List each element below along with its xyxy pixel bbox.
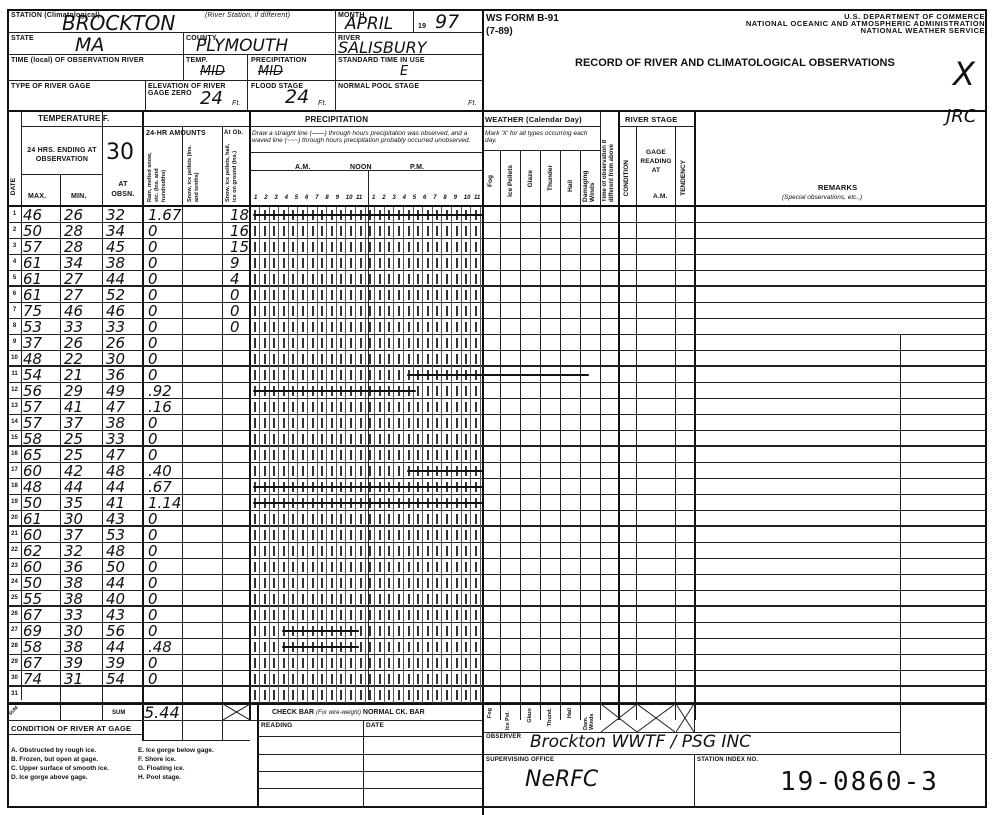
river-value[interactable]: SALISBURY — [338, 38, 426, 57]
min-temp-cell[interactable]: 26 — [64, 207, 83, 223]
precip-value[interactable]: MID — [258, 64, 283, 79]
hour-tick — [302, 306, 304, 316]
table-row: 216037530 — [8, 527, 986, 543]
obs-temp-cell[interactable]: 38 — [106, 255, 125, 271]
max-temp-cell[interactable]: 67 — [23, 655, 42, 671]
hour-tick — [273, 514, 275, 524]
hour-tick — [417, 418, 419, 428]
precip-hour-grid[interactable] — [251, 527, 483, 543]
form-id: WS FORM B-91 — [486, 13, 559, 24]
max-temp-cell[interactable]: 50 — [23, 575, 42, 591]
hour-tick — [302, 354, 304, 364]
rain-cell[interactable]: 0 — [148, 591, 158, 607]
obs-temp-cell[interactable]: 48 — [106, 543, 125, 559]
hour-tick — [321, 306, 323, 316]
hour-tick — [292, 674, 294, 684]
hour-tick — [408, 546, 410, 556]
date-number: 5 — [8, 275, 21, 281]
hour-tick — [350, 610, 352, 620]
rain-cell[interactable]: 0 — [148, 575, 158, 591]
min-temp-cell[interactable]: 37 — [64, 415, 83, 431]
hour-tick — [465, 418, 467, 428]
at-obsn-header: AT OBSN. — [106, 180, 140, 200]
obs-temp-cell[interactable]: 50 — [106, 559, 125, 575]
precip-hour-grid[interactable] — [251, 207, 483, 223]
hour-tick — [417, 562, 419, 572]
snow-ground-cell[interactable]: 9 — [230, 255, 240, 271]
max-temp-cell[interactable]: 60 — [23, 559, 42, 575]
obs-hour-value[interactable]: 30 — [106, 140, 134, 165]
rain-cell[interactable]: 0 — [148, 559, 158, 575]
hour-tick — [379, 514, 381, 524]
rain-cell[interactable]: 0 — [148, 655, 158, 671]
hour-tick — [436, 626, 438, 636]
obs-temp-cell[interactable]: 44 — [106, 575, 125, 591]
hour-tick — [312, 402, 314, 412]
x-box-icon — [637, 704, 675, 732]
max-temp-cell[interactable]: 56 — [23, 383, 42, 399]
precip-hour-grid[interactable] — [251, 543, 483, 559]
rain-cell[interactable]: 0 — [148, 543, 158, 559]
hour-tick — [446, 594, 448, 604]
hour-tick — [302, 434, 304, 444]
hour-tick — [350, 674, 352, 684]
hour-tick — [331, 514, 333, 524]
obs-temp-cell[interactable]: 38 — [106, 415, 125, 431]
hour-label: 6 — [305, 195, 308, 201]
hour-tick — [427, 450, 429, 460]
precip-hour-grid[interactable] — [251, 255, 483, 271]
hour-tick — [446, 690, 448, 700]
hour-tick — [398, 546, 400, 556]
max-temp-cell[interactable]: 50 — [23, 495, 42, 511]
obs-temp-cell[interactable]: 52 — [106, 287, 125, 303]
min-temp-cell[interactable]: 28 — [64, 223, 83, 239]
min-temp-cell[interactable]: 28 — [64, 239, 83, 255]
state-value[interactable]: MA — [75, 34, 104, 56]
min-temp-cell[interactable]: 33 — [64, 607, 83, 623]
precip-hour-grid[interactable] — [251, 511, 483, 527]
hour-tick — [417, 610, 419, 620]
min-temp-cell[interactable]: 31 — [64, 671, 83, 687]
snow-ground-cell[interactable]: 18 — [230, 207, 249, 223]
precip-hour-grid[interactable] — [251, 303, 483, 319]
rain-cell[interactable]: 0 — [148, 623, 158, 639]
hour-tick — [456, 418, 458, 428]
rain-cell[interactable]: 0 — [148, 671, 158, 687]
obs-temp-cell[interactable]: 46 — [106, 303, 125, 319]
weather-header: WEATHER (Calendar Day) — [485, 115, 582, 124]
hour-tick — [398, 242, 400, 252]
obs-temp-cell[interactable]: 33 — [106, 431, 125, 447]
rain-cell[interactable]: 0 — [148, 239, 158, 255]
max-temp-cell[interactable]: 55 — [23, 591, 42, 607]
max-temp-cell[interactable]: 61 — [23, 255, 42, 271]
hour-tick — [436, 562, 438, 572]
max-temp-cell[interactable]: 74 — [23, 671, 42, 687]
obs-temp-cell[interactable]: 30 — [106, 351, 125, 367]
min-temp-cell[interactable]: 38 — [64, 591, 83, 607]
county-value[interactable]: PLYMOUTH — [196, 36, 288, 56]
hour-tick — [273, 418, 275, 428]
hour-tick — [417, 354, 419, 364]
min-temp-cell[interactable]: 44 — [64, 479, 83, 495]
supervising-value[interactable]: NeRFC — [525, 767, 598, 792]
obs-temp-cell[interactable]: 47 — [106, 399, 125, 415]
rain-cell[interactable]: 0 — [148, 511, 158, 527]
hour-tick — [292, 578, 294, 588]
rain-cell[interactable]: .40 — [148, 463, 172, 479]
max-temp-cell[interactable]: 57 — [23, 399, 42, 415]
hour-label: 2 — [264, 195, 267, 201]
hour-tick — [273, 674, 275, 684]
max-temp-cell[interactable]: 75 — [23, 303, 42, 319]
hour-tick — [340, 434, 342, 444]
hour-tick — [321, 594, 323, 604]
min-temp-cell[interactable]: 27 — [64, 271, 83, 287]
hour-tick — [436, 322, 438, 332]
max-temp-cell[interactable]: 48 — [23, 479, 42, 495]
hour-tick — [369, 658, 371, 668]
min-temp-cell[interactable]: 35 — [64, 495, 83, 511]
precip-hour-grid[interactable] — [251, 319, 483, 335]
max-temp-cell[interactable]: 61 — [23, 511, 42, 527]
hour-tick — [254, 562, 256, 572]
hour-tick — [379, 578, 381, 588]
hour-tick — [283, 226, 285, 236]
rain-cell[interactable]: 0 — [148, 351, 158, 367]
max-temp-cell[interactable]: 58 — [23, 639, 42, 655]
hour-tick — [321, 466, 323, 476]
hour-tick — [417, 306, 419, 316]
hour-tick — [312, 226, 314, 236]
min-temp-cell[interactable]: 37 — [64, 527, 83, 543]
hour-tick — [475, 322, 477, 332]
rain-cell[interactable]: 0 — [148, 271, 158, 287]
max-temp-cell[interactable]: 69 — [23, 623, 42, 639]
precip-hour-grid[interactable] — [251, 655, 483, 671]
max-temp-cell[interactable]: 67 — [23, 607, 42, 623]
obs-temp-cell[interactable]: 54 — [106, 671, 125, 687]
hour-tick — [360, 514, 362, 524]
obs-temp-cell[interactable]: 39 — [106, 655, 125, 671]
min-temp-cell[interactable]: 38 — [64, 639, 83, 655]
obs-temp-cell[interactable]: 44 — [106, 639, 125, 655]
hour-tick — [427, 434, 429, 444]
obs-temp-cell[interactable]: 43 — [106, 511, 125, 527]
hour-label: 3 — [274, 195, 277, 201]
min-temp-cell[interactable]: 32 — [64, 543, 83, 559]
max-temp-cell[interactable]: 60 — [23, 463, 42, 479]
precip-hour-grid[interactable] — [251, 607, 483, 623]
rain-cell[interactable]: 0 — [148, 303, 158, 319]
hour-tick — [273, 274, 275, 284]
hour-tick — [388, 450, 390, 460]
min-temp-cell[interactable]: 22 — [64, 351, 83, 367]
hour-tick — [465, 546, 467, 556]
hour-tick — [369, 626, 371, 636]
min-temp-cell[interactable]: 39 — [64, 655, 83, 671]
min-temp-cell[interactable]: 38 — [64, 575, 83, 591]
precip-hour-grid[interactable] — [251, 575, 483, 591]
station-index-value[interactable]: 19-0860-3 — [780, 767, 939, 797]
year-value[interactable]: 97 — [435, 11, 459, 33]
obs-temp-cell[interactable]: 33 — [106, 319, 125, 335]
table-row: 12562949.92 — [8, 383, 986, 399]
hour-tick — [408, 418, 410, 428]
min-temp-cell[interactable]: 26 — [64, 335, 83, 351]
table-row: 255538400 — [8, 591, 986, 607]
station-value[interactable]: BROCKTON — [62, 11, 175, 35]
min-temp-cell[interactable]: 46 — [64, 303, 83, 319]
hour-tick — [312, 354, 314, 364]
obs-temp-cell[interactable]: 49 — [106, 383, 125, 399]
max-temp-cell[interactable]: 53 — [23, 319, 42, 335]
abbr-hail: Hail — [567, 708, 573, 718]
hour-tick — [292, 402, 294, 412]
hour-tick — [475, 690, 477, 700]
rain-cell[interactable]: .16 — [148, 399, 172, 415]
max-temp-cell[interactable]: 62 — [23, 543, 42, 559]
hour-tick — [292, 258, 294, 268]
rain-cell[interactable]: .48 — [148, 639, 172, 655]
hour-tick — [292, 594, 294, 604]
hour-tick — [254, 290, 256, 300]
obs-temp-cell[interactable]: 36 — [106, 367, 125, 383]
rain-cell[interactable]: 0 — [148, 447, 158, 463]
min-temp-cell[interactable]: 30 — [64, 511, 83, 527]
check-mark: X — [953, 55, 975, 93]
snow-ground-cell[interactable]: 0 — [230, 303, 240, 319]
obs-temp-cell[interactable]: 45 — [106, 239, 125, 255]
hour-tick — [312, 658, 314, 668]
max-temp-cell[interactable]: 58 — [23, 431, 42, 447]
max-temp-cell[interactable]: 65 — [23, 447, 42, 463]
hour-tick — [446, 402, 448, 412]
min-temp-cell[interactable]: 27 — [64, 287, 83, 303]
obs-temp-cell[interactable]: 47 — [106, 447, 125, 463]
max-temp-cell[interactable]: 37 — [23, 335, 42, 351]
hour-tick — [417, 322, 419, 332]
precip-hour-grid[interactable] — [251, 479, 483, 495]
rain-cell[interactable]: 0 — [148, 607, 158, 623]
precip-hour-grid[interactable] — [251, 495, 483, 511]
hour-tick — [475, 642, 477, 652]
hour-tick — [475, 290, 477, 300]
precip-hour-grid[interactable] — [251, 351, 483, 367]
temp-value[interactable]: MID — [200, 64, 225, 79]
precip-hour-grid[interactable] — [251, 367, 483, 383]
hour-tick — [273, 562, 275, 572]
flood-stage-value[interactable]: 24 — [285, 86, 309, 108]
month-value[interactable]: APRIL — [345, 14, 393, 34]
rain-cell[interactable]: 0 — [148, 287, 158, 303]
table-row: 2502834016 — [8, 223, 986, 239]
hour-tick — [388, 642, 390, 652]
max-temp-cell[interactable]: 50 — [23, 223, 42, 239]
obs-temp-cell[interactable]: 44 — [106, 271, 125, 287]
hour-tick — [465, 610, 467, 620]
rain-cell[interactable]: 0 — [148, 255, 158, 271]
hour-tick — [340, 402, 342, 412]
precip-hour-grid[interactable] — [251, 383, 483, 399]
hour-tick — [475, 274, 477, 284]
hour-tick — [331, 434, 333, 444]
rain-cell[interactable]: 0 — [148, 223, 158, 239]
min-temp-cell[interactable]: 34 — [64, 255, 83, 271]
obs-temp-cell[interactable]: 43 — [106, 607, 125, 623]
hour-tick — [398, 226, 400, 236]
min-temp-cell[interactable]: 25 — [64, 447, 83, 463]
obs-temp-cell[interactable]: 44 — [106, 479, 125, 495]
date-number: 8 — [8, 323, 21, 329]
min-temp-cell[interactable]: 21 — [64, 367, 83, 383]
table-row: 226232480 — [8, 543, 986, 559]
precip-hour-grid[interactable] — [251, 447, 483, 463]
precip-hour-grid[interactable] — [251, 239, 483, 255]
rain-cell[interactable]: 1.14 — [148, 495, 181, 511]
snow-ground-cell[interactable]: 0 — [230, 319, 240, 335]
obs-temp-cell[interactable]: 32 — [106, 207, 125, 223]
obs-temp-cell[interactable]: 40 — [106, 591, 125, 607]
hour-tick — [350, 690, 352, 700]
rain-cell[interactable]: 0 — [148, 319, 158, 335]
table-row: 661275200 — [8, 287, 986, 303]
rain-cell[interactable]: 0 — [148, 431, 158, 447]
obs-temp-cell[interactable]: 26 — [106, 335, 125, 351]
hour-tick — [292, 306, 294, 316]
obs-temp-cell[interactable]: 41 — [106, 495, 125, 511]
hour-tick — [312, 690, 314, 700]
hour-tick — [456, 578, 458, 588]
precip-hour-grid[interactable] — [251, 271, 483, 287]
snow-ground-cell[interactable]: 0 — [230, 287, 240, 303]
snow-ground-cell[interactable]: 15 — [230, 239, 249, 255]
max-temp-cell[interactable]: 57 — [23, 415, 42, 431]
date-label: DATE — [366, 722, 384, 729]
precip-hour-grid[interactable] — [251, 399, 483, 415]
precip-hour-grid[interactable] — [251, 559, 483, 575]
hour-tick — [417, 514, 419, 524]
precip-hour-grid[interactable] — [251, 431, 483, 447]
max-temp-cell[interactable]: 48 — [23, 351, 42, 367]
min-temp-cell[interactable]: 25 — [64, 431, 83, 447]
snow-ground-cell[interactable]: 16 — [230, 223, 249, 239]
hour-tick — [350, 354, 352, 364]
date-number: 25 — [8, 595, 21, 601]
precip-hour-grid[interactable] — [251, 415, 483, 431]
precip-hour-grid[interactable] — [251, 223, 483, 239]
elevation-value[interactable]: 24 — [200, 88, 223, 109]
observer-value[interactable]: Brockton WWTF / PSG INC — [530, 732, 751, 752]
date-number: 21 — [8, 531, 21, 537]
hour-tick — [302, 546, 304, 556]
min-temp-cell[interactable]: 30 — [64, 623, 83, 639]
hour-tick — [283, 658, 285, 668]
precip-hour-grid[interactable] — [251, 623, 483, 639]
precip-hour-grid[interactable] — [251, 335, 483, 351]
rain-cell[interactable]: 0 — [148, 415, 158, 431]
snow-ground-cell[interactable]: 4 — [230, 271, 240, 287]
hour-tick — [321, 514, 323, 524]
precip-hour-grid[interactable] — [251, 671, 483, 687]
hour-tick — [254, 690, 256, 700]
precip-hour-grid[interactable] — [251, 287, 483, 303]
x-box-icon — [676, 704, 694, 732]
max-temp-cell[interactable]: 46 — [23, 207, 42, 223]
min-temp-cell[interactable]: 41 — [64, 399, 83, 415]
max-temp-cell[interactable]: 61 — [23, 271, 42, 287]
check-bar-header: CHECK BAR (For wire-weight) NORMAL CK. B… — [272, 709, 425, 716]
hour-tick — [398, 418, 400, 428]
obs-temp-cell[interactable]: 53 — [106, 527, 125, 543]
hour-tick — [446, 242, 448, 252]
rain-cell[interactable]: 0 — [148, 367, 158, 383]
rain-cell[interactable]: 0 — [148, 335, 158, 351]
table-row: 853333300 — [8, 319, 986, 335]
min-temp-cell[interactable]: 42 — [64, 463, 83, 479]
hour-tick — [312, 450, 314, 460]
min-temp-cell[interactable]: 36 — [64, 559, 83, 575]
rain-cell[interactable]: .92 — [148, 383, 172, 399]
hour-tick — [379, 258, 381, 268]
hour-tick — [292, 434, 294, 444]
hour-tick — [456, 530, 458, 540]
hour-tick — [379, 546, 381, 556]
max-temp-cell[interactable]: 60 — [23, 527, 42, 543]
obs-temp-cell[interactable]: 48 — [106, 463, 125, 479]
precip-hour-grid[interactable] — [251, 687, 483, 703]
hour-tick — [388, 402, 390, 412]
hour-tick — [388, 274, 390, 284]
hour-tick — [340, 418, 342, 428]
hour-tick — [264, 226, 266, 236]
std-time-value[interactable]: E — [400, 64, 408, 79]
hour-tick — [388, 354, 390, 364]
hour-tick — [273, 354, 275, 364]
hour-tick — [302, 530, 304, 540]
precip-hour-grid[interactable] — [251, 591, 483, 607]
hour-tick — [446, 674, 448, 684]
hour-label: 4 — [403, 195, 406, 201]
precip-observed-line — [282, 630, 359, 632]
obs-temp-cell[interactable]: 56 — [106, 623, 125, 639]
form-date: (7-89) — [486, 26, 513, 37]
hour-tick — [331, 354, 333, 364]
max-temp-cell[interactable]: 61 — [23, 287, 42, 303]
hour-tick — [312, 578, 314, 588]
precip-hour-grid[interactable] — [251, 463, 483, 479]
min-temp-cell[interactable]: 29 — [64, 383, 83, 399]
rain-cell[interactable]: 1.67 — [148, 207, 181, 223]
max-temp-cell[interactable]: 54 — [23, 367, 42, 383]
hour-tick — [321, 434, 323, 444]
gage-am-label: A.M. — [653, 193, 668, 200]
rain-cell[interactable]: 0 — [148, 527, 158, 543]
max-temp-cell[interactable]: 57 — [23, 239, 42, 255]
rain-cell[interactable]: .67 — [148, 479, 172, 495]
hour-tick — [398, 402, 400, 412]
hour-tick — [254, 354, 256, 364]
hour-tick — [369, 562, 371, 572]
precip-hour-grid[interactable] — [251, 639, 483, 655]
hour-tick — [340, 690, 342, 700]
hour-tick — [436, 290, 438, 300]
hour-tick — [408, 290, 410, 300]
obs-temp-cell[interactable]: 34 — [106, 223, 125, 239]
hour-tick — [388, 610, 390, 620]
min-temp-cell[interactable]: 33 — [64, 319, 83, 335]
